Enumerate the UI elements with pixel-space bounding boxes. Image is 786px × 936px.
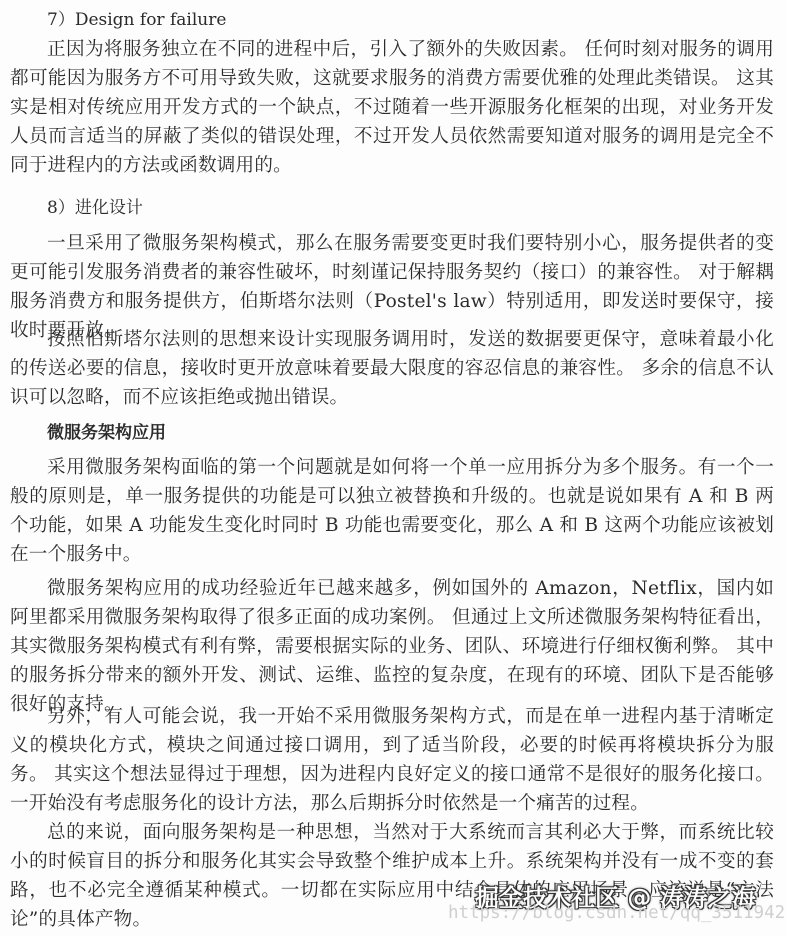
paragraph-evolutionary-design-2: 按照伯斯塔尔法则的思想来设计实现服务调用时，发送的数据要更保守，意味着最小化的传… — [10, 325, 774, 412]
section-heading-design-for-failure: 7）Design for failure — [47, 8, 226, 32]
paragraph-application-1: 采用微服务架构面临的第一个问题就是如何将一个单一应用拆分为多个服务。有一个一般的… — [10, 453, 774, 569]
section-heading-microservice-application: 微服务架构应用 — [47, 421, 166, 445]
section-heading-evolutionary-design: 8）进化设计 — [47, 196, 143, 220]
paragraph-design-for-failure: 正因为将服务独立在不同的进程中后，引入了额外的失败因素。 任何时刻对服务的调用都… — [10, 35, 774, 180]
watermark-url: https://blog.csdn.net/qq_35119422 — [448, 903, 786, 923]
paragraph-application-3: 另外，有人可能会说，我一开始不采用微服务架构方式，而是在单一进程内基于清晰定义的… — [10, 702, 774, 818]
document-page: 7）Design for failure 正因为将服务独立在不同的进程中后，引入… — [0, 0, 786, 936]
paragraph-application-2: 微服务架构应用的成功经验近年已越来越多，例如国外的 Amazon，Netflix… — [10, 574, 774, 719]
